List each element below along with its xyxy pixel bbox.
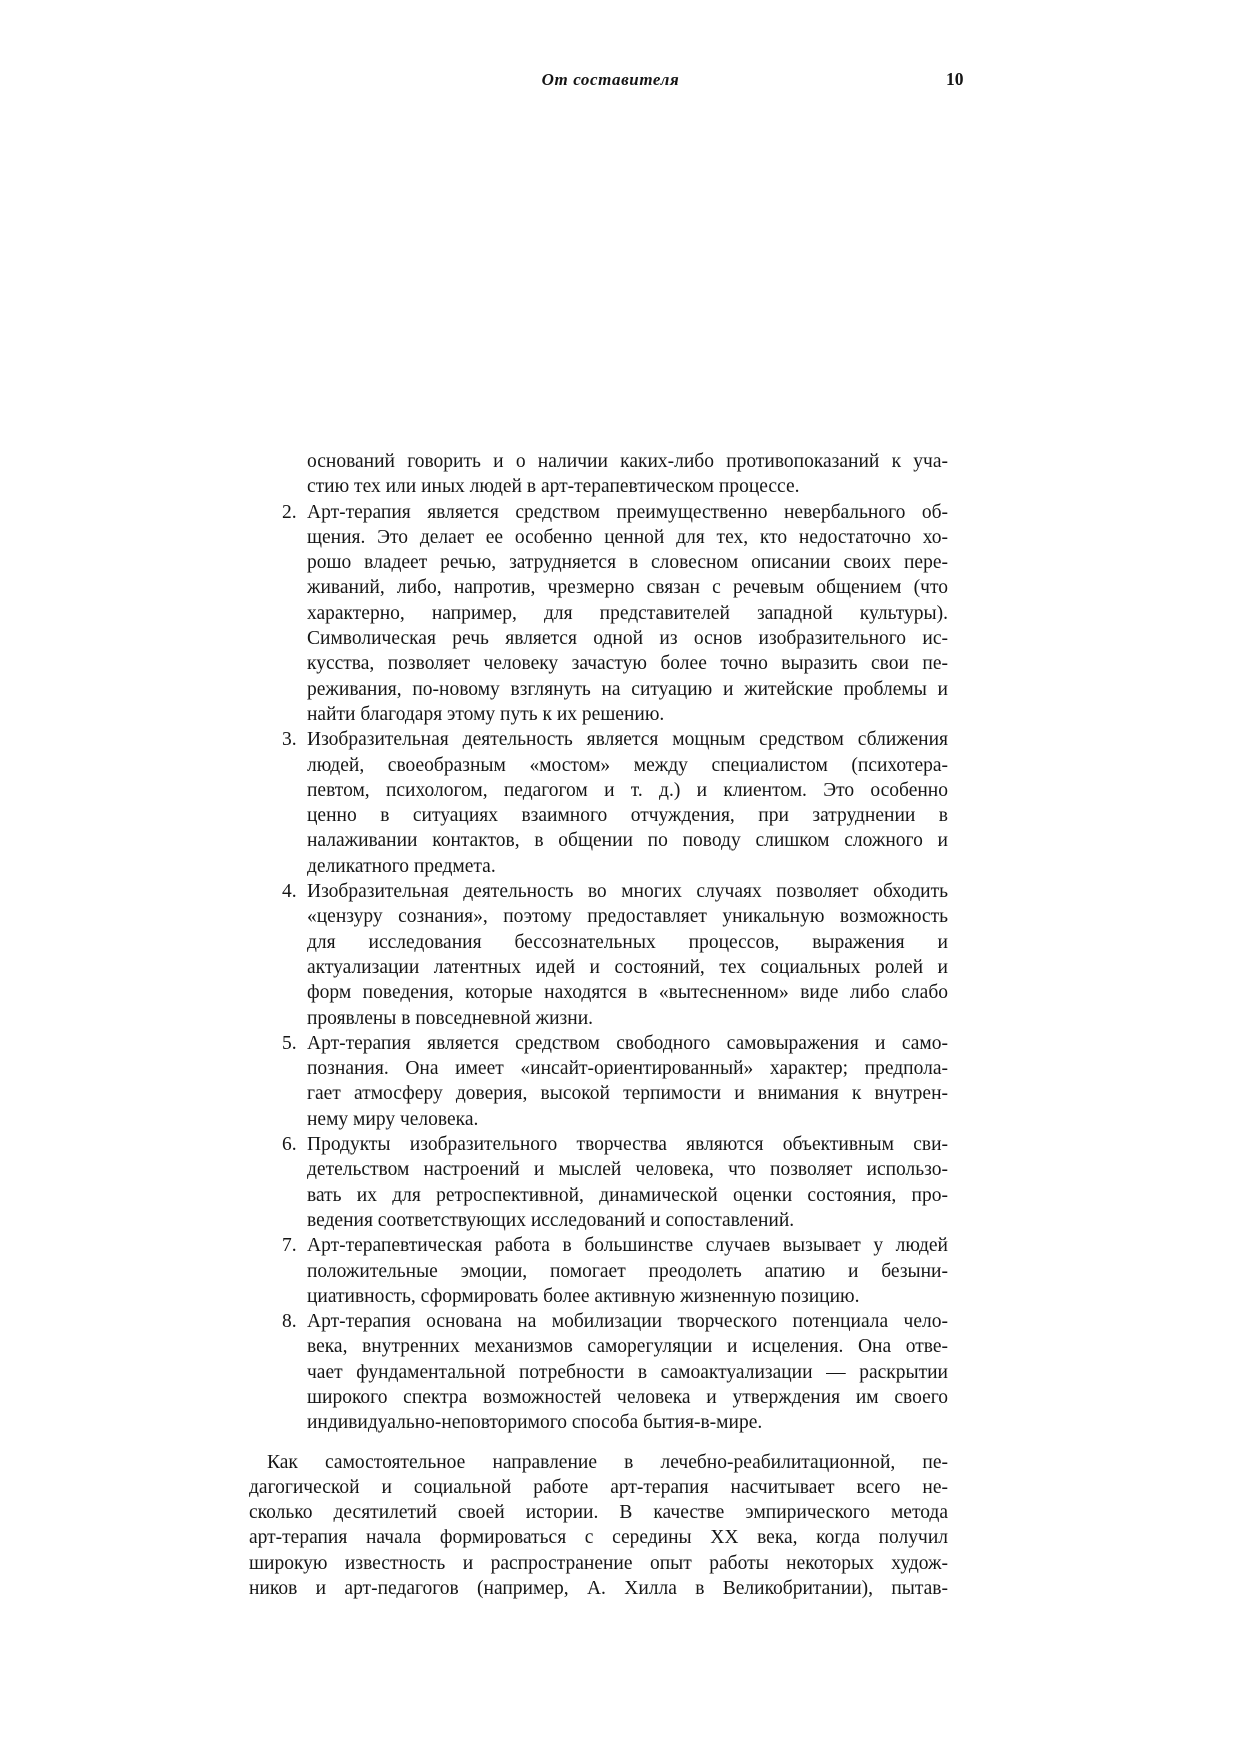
list-item: 4.Изобразительная деятельность во многих…	[249, 879, 948, 1031]
closing-paragraph: Как самостоятельное направление в лечебн…	[249, 1450, 948, 1602]
text-line: людей, своеобразным «мостом» между специ…	[307, 753, 948, 778]
list-item-text: Изобразительная деятельность во многих с…	[307, 879, 948, 1031]
text-line: сколько десятилетий своей истории. В кач…	[249, 1500, 948, 1525]
text-line: вать их для ретроспективной, динамическо…	[307, 1183, 948, 1208]
text-line: Арт-терапевтическая работа в большинстве…	[307, 1233, 948, 1258]
text-line: широкого спектра возможностей человека и…	[307, 1385, 948, 1410]
list-item: 5.Арт-терапия является средством свободн…	[249, 1031, 948, 1132]
text-line: ценно в ситуациях взаимного отчуждения, …	[307, 803, 948, 828]
text-line: положительные эмоции, помогает преодолет…	[307, 1259, 948, 1284]
list-item-number: 7.	[282, 1233, 297, 1258]
text-line: Продукты изобразительного творчества явл…	[307, 1132, 948, 1157]
running-head-title: От составителя	[249, 70, 948, 90]
text-line: Символическая речь является одной из осн…	[307, 626, 948, 651]
text-line: «цензуру сознания», поэтому предоставляе…	[307, 904, 948, 929]
list-item: 3.Изобразительная деятельность является …	[249, 727, 948, 879]
text-line: актуализации латентных идей и состояний,…	[307, 955, 948, 980]
paragraph-item1-continuation: оснований говорить и о наличии каких-либ…	[249, 449, 948, 500]
text-line: дагогической и социальной работе арт-тер…	[249, 1475, 948, 1500]
text-line: арт-терапия начала формироваться с серед…	[249, 1525, 948, 1550]
list-item-text: Продукты изобразительного творчества явл…	[307, 1132, 948, 1233]
text-line: найти благодаря этому путь к их решению.	[307, 702, 948, 727]
list-item-number: 4.	[282, 879, 297, 904]
list-item-number: 5.	[282, 1031, 297, 1056]
list-item-text: Арт-терапия является средством свободног…	[307, 1031, 948, 1132]
text-line: чает фундаментальной потребности в самоа…	[307, 1360, 948, 1385]
text-line: певтом, психологом, педагогом и т. д.) и…	[307, 778, 948, 803]
text-line: характерно, например, для представителей…	[307, 601, 948, 626]
text-line: форм поведения, которые находятся в «выт…	[307, 980, 948, 1005]
list-item-number: 2.	[282, 500, 297, 525]
text-line: века, внутренних механизмов саморегуляци…	[307, 1334, 948, 1359]
list-item-text: Изобразительная деятельность является мо…	[307, 727, 948, 879]
list-item-text: Арт-терапия основана на мобилизации твор…	[307, 1309, 948, 1435]
text-line: Арт-терапия основана на мобилизации твор…	[307, 1309, 948, 1334]
text-line: нему миру человека.	[307, 1107, 948, 1132]
text-line: живаний, либо, напротив, чрезмерно связа…	[307, 575, 948, 600]
list-item-text: Арт-терапевтическая работа в большинстве…	[307, 1233, 948, 1309]
numbered-list: 2.Арт-терапия является средством преимущ…	[249, 500, 948, 1436]
text-line: щения. Это делает ее особенно ценной для…	[307, 525, 948, 550]
list-item-text: Арт-терапия является средством преимущес…	[307, 500, 948, 728]
text-line: для исследования бессознательных процесс…	[307, 930, 948, 955]
text-line: стию тех или иных людей в арт-терапевтич…	[307, 474, 948, 499]
text-line: познания. Она имеет «инсайт-ориентирован…	[307, 1056, 948, 1081]
text-line: деликатного предмета.	[307, 854, 948, 879]
text-line: Арт-терапия является средством свободног…	[307, 1031, 948, 1056]
text-line: Арт-терапия является средством преимущес…	[307, 500, 948, 525]
text-block: оснований говорить и о наличии каких-либ…	[249, 449, 948, 1601]
text-line: Как самостоятельное направление в лечебн…	[249, 1450, 948, 1475]
text-line: широкую известность и распространение оп…	[249, 1551, 948, 1576]
list-item: 7.Арт-терапевтическая работа в большинст…	[249, 1233, 948, 1309]
text-line: детельством настроений и мыслей человека…	[307, 1157, 948, 1182]
text-line: оснований говорить и о наличии каких-либ…	[307, 449, 948, 474]
list-item-number: 8.	[282, 1309, 297, 1334]
list-item: 8.Арт-терапия основана на мобилизации тв…	[249, 1309, 948, 1435]
page-number: 10	[946, 69, 964, 90]
text-line: Изобразительная деятельность является мо…	[307, 727, 948, 752]
text-line: ведения соответствующих исследований и с…	[307, 1208, 948, 1233]
text-line: ников и арт-педагогов (например, А. Хилл…	[249, 1576, 948, 1601]
text-line: рошо владеет речью, затрудняется в слове…	[307, 550, 948, 575]
list-item-number: 6.	[282, 1132, 297, 1157]
text-line: реживания, по-новому взглянуть на ситуац…	[307, 677, 948, 702]
text-line: циативность, сформировать более активную…	[307, 1284, 948, 1309]
text-line: гает атмосферу доверия, высокой терпимос…	[307, 1081, 948, 1106]
text-line: Изобразительная деятельность во многих с…	[307, 879, 948, 904]
document-page: От составителя 10 оснований говорить и о…	[0, 0, 1240, 1754]
list-item: 6.Продукты изобразительного творчества я…	[249, 1132, 948, 1233]
text-line: налаживании контактов, в общении по пово…	[307, 828, 948, 853]
text-line: кусства, позволяет человеку зачастую бол…	[307, 651, 948, 676]
list-item: 2.Арт-терапия является средством преимущ…	[249, 500, 948, 728]
text-line: индивидуально-неповторимого способа быти…	[307, 1410, 948, 1435]
text-line: проявлены в повседневной жизни.	[307, 1006, 948, 1031]
list-item-number: 3.	[282, 727, 297, 752]
